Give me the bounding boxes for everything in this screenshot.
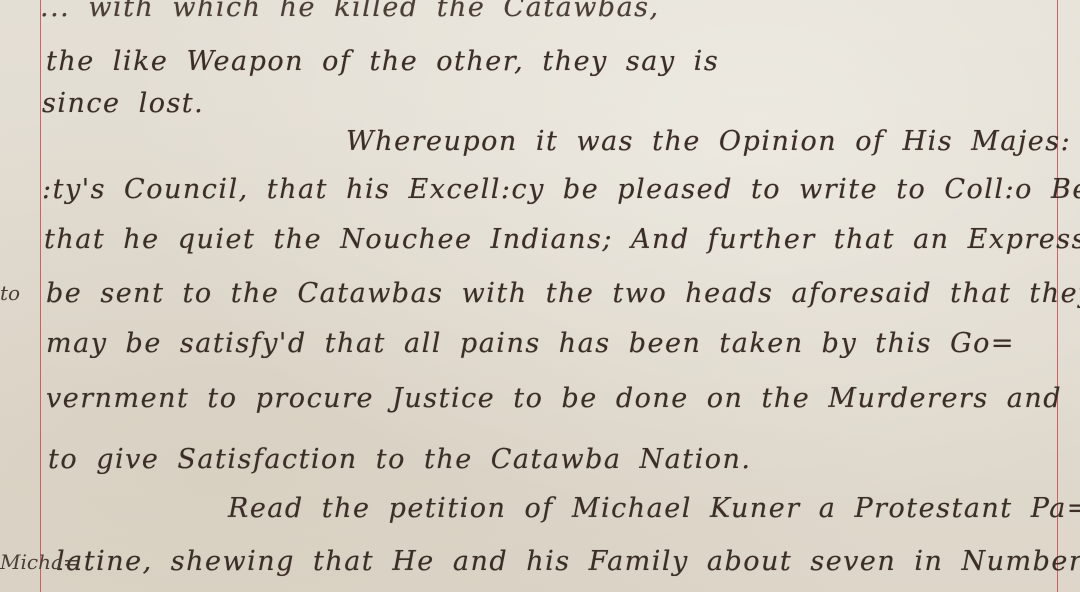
manuscript-line-1: ... with which he killed the Catawbas, <box>40 0 660 21</box>
margin-note-2: Micha= <box>0 552 80 572</box>
manuscript-line-5: :ty's Council, that his Excell:cy be ple… <box>42 176 1080 203</box>
margin-note-1: to <box>0 283 20 303</box>
manuscript-line-9: vernment to procure Justice to be done o… <box>46 385 1062 412</box>
manuscript-line-11: Read the petition of Michael Kuner a Pro… <box>228 495 1080 522</box>
manuscript-line-4: Whereupon it was the Opinion of His Maje… <box>346 128 1071 155</box>
left-margin-rule <box>40 0 41 592</box>
manuscript-line-10: to give Satisfaction to the Catawba Nati… <box>48 446 751 473</box>
manuscript-line-8: may be satisfy'd that all pains has been… <box>46 330 1015 357</box>
manuscript-line-3: since lost. <box>42 90 204 117</box>
manuscript-line-12: latine, shewing that He and his Family a… <box>56 548 1080 575</box>
manuscript-line-7: be sent to the Catawbas with the two hea… <box>46 280 1080 307</box>
manuscript-line-6: that he quiet the Nouchee Indians; And f… <box>44 226 1080 253</box>
manuscript-line-2: the like Weapon of the other, they say i… <box>46 48 719 75</box>
manuscript-page: ... with which he killed the Catawbas, t… <box>0 0 1080 592</box>
